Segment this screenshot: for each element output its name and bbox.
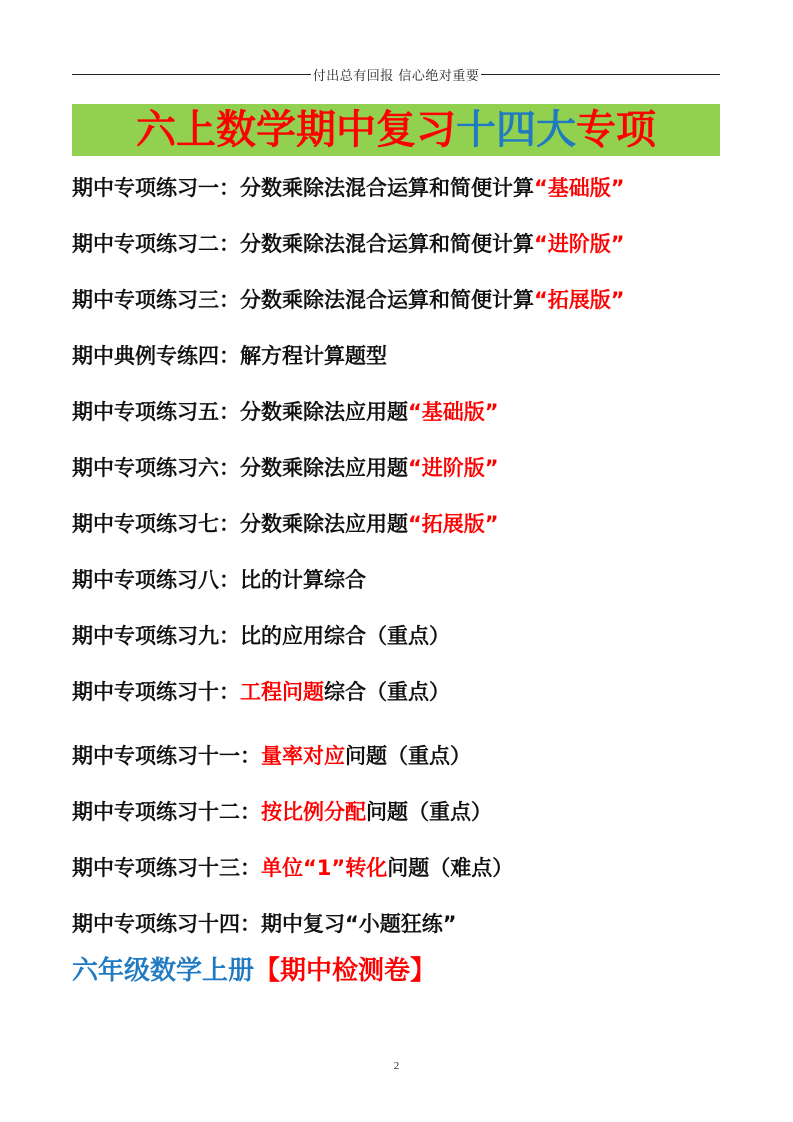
item-text: 期中专项练习二：分数乘除法混合运算和简便计算 bbox=[72, 232, 534, 256]
banner-title-part2: 十四大 bbox=[456, 110, 576, 150]
list-item: 期中专项练习八：比的计算综合 bbox=[72, 570, 366, 591]
page-header: 付出总有回报 信心绝对重要 bbox=[72, 64, 720, 84]
item-highlight: “进阶版” bbox=[408, 456, 499, 480]
item-highlight: “基础版” bbox=[408, 400, 499, 424]
exam-title-part1: 六年级数学上册 bbox=[72, 956, 254, 986]
item-suffix: 问题（难点） bbox=[387, 856, 513, 880]
item-highlight: 工程问题 bbox=[240, 680, 324, 704]
item-text: 期中专项练习十三： bbox=[72, 856, 261, 880]
item-highlight: 单位“1”转化 bbox=[261, 856, 387, 880]
list-item: 期中专项练习六：分数乘除法应用题“进阶版” bbox=[72, 458, 499, 479]
list-item: 期中专项练习一：分数乘除法混合运算和简便计算“基础版” bbox=[72, 178, 625, 199]
exam-paper-title: 六年级数学上册【期中检测卷】 bbox=[72, 958, 436, 984]
page-number: 2 bbox=[0, 1060, 793, 1072]
list-item: 期中典例专练四：解方程计算题型 bbox=[72, 346, 387, 367]
item-text: 期中典例专练四：解方程计算题型 bbox=[72, 344, 387, 368]
title-banner: 六上数学期中复习十四大专项 bbox=[72, 104, 720, 156]
list-item: 期中专项练习十二：按比例分配问题（重点） bbox=[72, 802, 492, 823]
banner-title-part3: 专项 bbox=[576, 110, 656, 150]
list-item: 期中专项练习十三：单位“1”转化问题（难点） bbox=[72, 858, 513, 879]
item-text: 期中专项练习十： bbox=[72, 680, 240, 704]
item-highlight: 量率对应 bbox=[261, 744, 345, 768]
item-text: 期中专项练习八：比的计算综合 bbox=[72, 568, 366, 592]
header-rule-left bbox=[72, 74, 311, 75]
list-item: 期中专项练习十四：期中复习“小题狂练” bbox=[72, 914, 457, 935]
item-text: 期中专项练习七：分数乘除法应用题 bbox=[72, 512, 408, 536]
list-item: 期中专项练习七：分数乘除法应用题“拓展版” bbox=[72, 514, 499, 535]
item-text: 期中专项练习六：分数乘除法应用题 bbox=[72, 456, 408, 480]
item-text: 期中专项练习五：分数乘除法应用题 bbox=[72, 400, 408, 424]
item-text: 期中专项练习十一： bbox=[72, 744, 261, 768]
item-text: 期中专项练习三：分数乘除法混合运算和简便计算 bbox=[72, 288, 534, 312]
exam-title-part2: 【期中检测卷】 bbox=[254, 956, 436, 986]
item-highlight: “进阶版” bbox=[534, 232, 625, 256]
list-item: 期中专项练习二：分数乘除法混合运算和简便计算“进阶版” bbox=[72, 234, 625, 255]
header-motto: 付出总有回报 信心绝对重要 bbox=[311, 65, 482, 84]
header-rule-right bbox=[481, 74, 720, 75]
banner-title-part1: 六上数学期中复习 bbox=[136, 110, 456, 150]
item-highlight: “拓展版” bbox=[534, 288, 625, 312]
item-suffix: 综合（重点） bbox=[324, 680, 450, 704]
list-item: 期中专项练习十：工程问题综合（重点） bbox=[72, 682, 450, 703]
item-highlight: 按比例分配 bbox=[261, 800, 366, 824]
list-item: 期中专项练习十一：量率对应问题（重点） bbox=[72, 746, 471, 767]
item-text: 期中专项练习十四：期中复习“小题狂练” bbox=[72, 912, 457, 936]
list-item: 期中专项练习五：分数乘除法应用题“基础版” bbox=[72, 402, 499, 423]
item-highlight: “基础版” bbox=[534, 176, 625, 200]
item-text: 期中专项练习十二： bbox=[72, 800, 261, 824]
item-suffix: 问题（重点） bbox=[345, 744, 471, 768]
item-text: 期中专项练习九：比的应用综合（重点） bbox=[72, 624, 450, 648]
list-item: 期中专项练习三：分数乘除法混合运算和简便计算“拓展版” bbox=[72, 290, 625, 311]
item-suffix: 问题（重点） bbox=[366, 800, 492, 824]
item-text: 期中专项练习一：分数乘除法混合运算和简便计算 bbox=[72, 176, 534, 200]
list-item: 期中专项练习九：比的应用综合（重点） bbox=[72, 626, 450, 647]
item-highlight: “拓展版” bbox=[408, 512, 499, 536]
